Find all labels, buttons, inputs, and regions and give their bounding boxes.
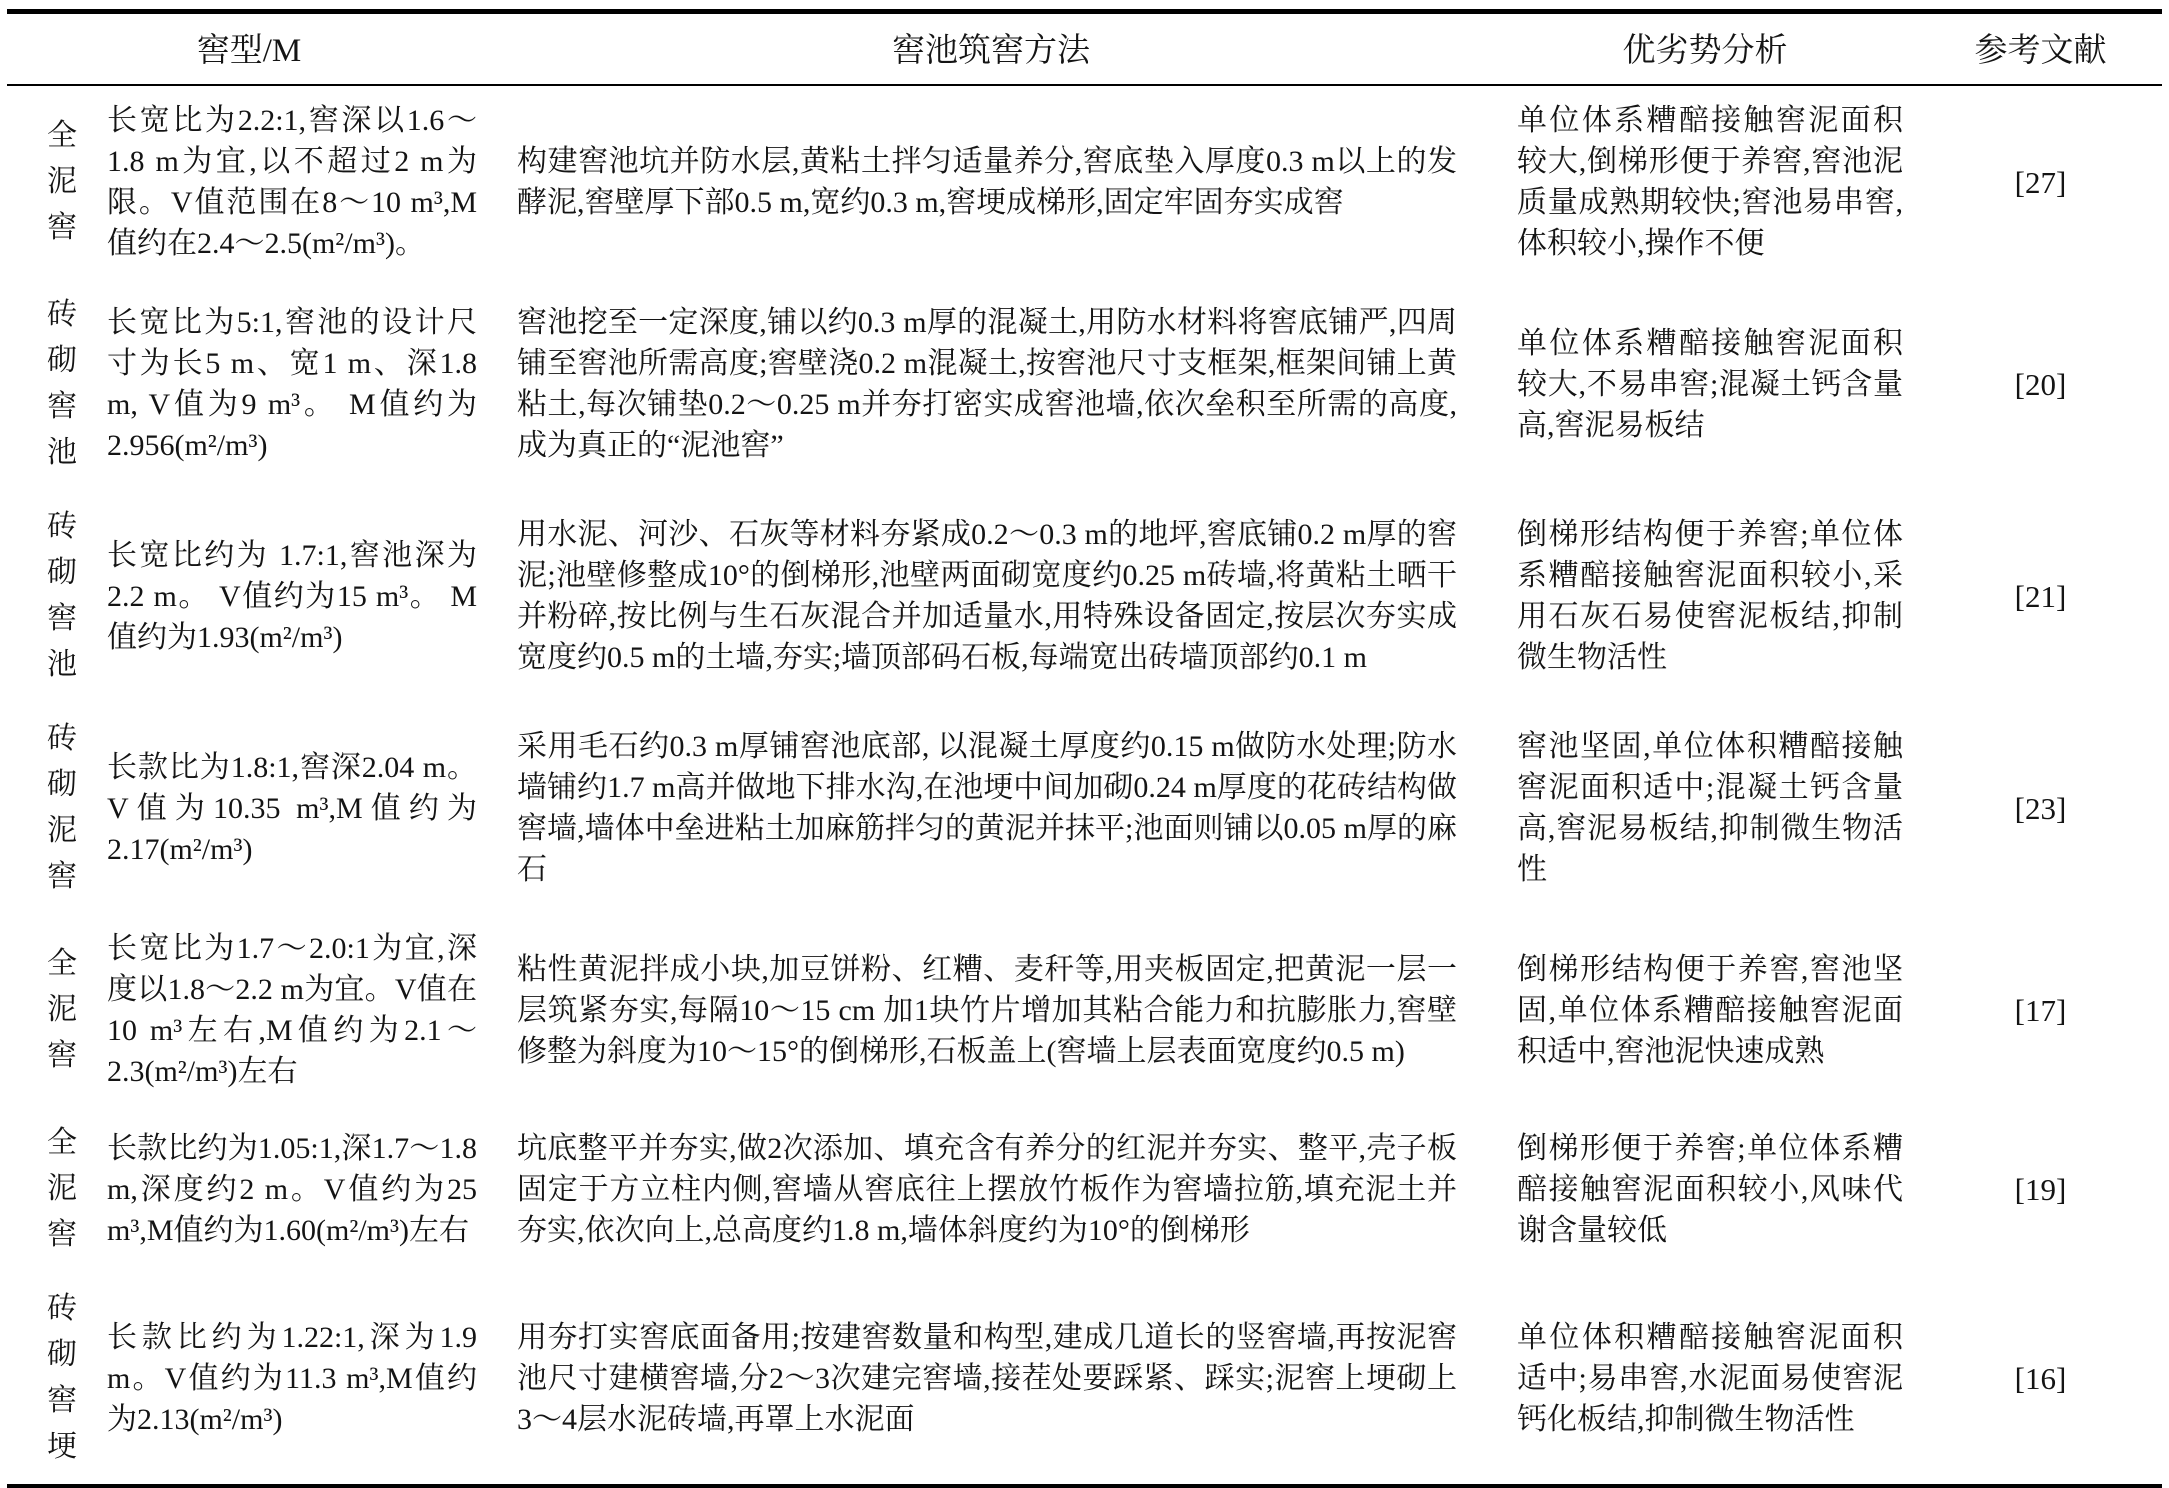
reference-citation: [20] [1919, 278, 2162, 490]
pit-type-cell: 砖砌窖埂 [7, 1272, 99, 1486]
pit-spec: 长款比为1.8:1,窖深2.04 m。V值为10.35 m³,M值约为2.17(… [99, 702, 491, 914]
table-row: 全泥窖 长款比约为1.05:1,深1.7～1.8 m,深度约2 m。V值约为25… [7, 1106, 2162, 1272]
analysis-text: 倒梯形便于养窖;单位体系糟醅接触窖泥面积较小,风味代谢含量较低 [1491, 1106, 1919, 1272]
analysis-text: 倒梯形结构便于养窖;单位体系糟醅接触窖泥面积较小,采用石灰石易使窖泥板结,抑制微… [1491, 490, 1919, 702]
pit-type-label: 砖砌窖埂 [45, 1286, 79, 1470]
pit-type-label: 砖砌泥窖 [45, 716, 79, 900]
pit-type-label: 全泥窖 [45, 941, 79, 1079]
analysis-text: 单位体系糟醅接触窖泥面积较大,倒梯形便于养窖,窖池泥质量成熟期较快;窖池易串窖,… [1491, 85, 1919, 278]
pit-spec: 长款比约为1.22:1,深为1.9 m。V值约为11.3 m³,M值约为2.13… [99, 1272, 491, 1486]
pit-type-cell: 全泥窖 [7, 85, 99, 278]
pit-type-label: 砖砌窖池 [45, 504, 79, 688]
pit-type-label: 砖砌窖池 [45, 292, 79, 476]
construction-method: 构建窖池坑并防水层,黄粘土拌匀适量养分,窖底垫入厚度0.3 m以上的发酵泥,窖壁… [491, 85, 1491, 278]
pit-spec: 长宽比为2.2:1,窖深以1.6～1.8 m为宜,以不超过2 m为限。V值范围在… [99, 85, 491, 278]
paper-page: 窖型/M 窖池筑窖方法 优劣势分析 参考文献 全泥窖 长宽比为2.2:1,窖深以… [0, 0, 2169, 1488]
reference-citation: [27] [1919, 85, 2162, 278]
construction-method: 用夯打实窖底面备用;按建窖数量和构型,建成几道长的竖窖墙,再按泥窖池尺寸建横窖墙… [491, 1272, 1491, 1486]
column-header-construction-method: 窖池筑窖方法 [491, 12, 1491, 86]
analysis-text: 倒梯形结构便于养窖,窖池坚固,单位体系糟醅接触窖泥面积适中,窖池泥快速成熟 [1491, 914, 1919, 1106]
construction-method: 用水泥、河沙、石灰等材料夯紧成0.2～0.3 m的地坪,窖底铺0.2 m厚的窖泥… [491, 490, 1491, 702]
construction-method: 采用毛石约0.3 m厚铺窖池底部, 以混凝土厚度约0.15 m做防水处理;防水墙… [491, 702, 1491, 914]
construction-method: 粘性黄泥拌成小块,加豆饼粉、红糟、麦秆等,用夹板固定,把黄泥一层一层筑紧夯实,每… [491, 914, 1491, 1106]
pit-type-cell: 砖砌窖池 [7, 278, 99, 490]
reference-citation: [23] [1919, 702, 2162, 914]
reference-citation: [19] [1919, 1106, 2162, 1272]
pit-type-cell: 全泥窖 [7, 1106, 99, 1272]
analysis-text: 单位体积糟醅接触窖泥面积适中;易串窖,水泥面易使窖泥钙化板结,抑制微生物活性 [1491, 1272, 1919, 1486]
column-header-pros-cons-analysis: 优劣势分析 [1491, 12, 1919, 86]
pit-type-cell: 砖砌泥窖 [7, 702, 99, 914]
pit-types-comparison-table: 窖型/M 窖池筑窖方法 优劣势分析 参考文献 全泥窖 长宽比为2.2:1,窖深以… [7, 9, 2162, 1488]
column-header-pit-type-m: 窖型/M [7, 12, 491, 86]
analysis-text: 单位体系糟醅接触窖泥面积较大,不易串窖;混凝土钙含量高,窖泥易板结 [1491, 278, 1919, 490]
table-row: 砖砌窖埂 长款比约为1.22:1,深为1.9 m。V值约为11.3 m³,M值约… [7, 1272, 2162, 1486]
table-row: 全泥窖 长宽比为1.7～2.0:1为宜,深度以1.8～2.2 m为宜。V值在10… [7, 914, 2162, 1106]
pit-type-cell: 全泥窖 [7, 914, 99, 1106]
reference-citation: [17] [1919, 914, 2162, 1106]
pit-type-label: 全泥窖 [45, 1120, 79, 1258]
pit-spec: 长宽比为5:1,窖池的设计尺寸为长5 m、宽1 m、深1.8 m, V值为9 m… [99, 278, 491, 490]
analysis-text: 窖池坚固,单位体积糟醅接触窖泥面积适中;混凝土钙含量高,窖泥易板结,抑制微生物活… [1491, 702, 1919, 914]
pit-spec: 长款比约为1.05:1,深1.7～1.8 m,深度约2 m。V值约为25 m³,… [99, 1106, 491, 1272]
table-row: 砖砌泥窖 长款比为1.8:1,窖深2.04 m。V值为10.35 m³,M值约为… [7, 702, 2162, 914]
reference-citation: [16] [1919, 1272, 2162, 1486]
column-header-reference: 参考文献 [1919, 12, 2162, 86]
table-row: 全泥窖 长宽比为2.2:1,窖深以1.6～1.8 m为宜,以不超过2 m为限。V… [7, 85, 2162, 278]
pit-type-label: 全泥窖 [45, 113, 79, 251]
construction-method: 坑底整平并夯实,做2次添加、填充含有养分的红泥并夯实、整平,壳子板固定于方立柱内… [491, 1106, 1491, 1272]
pit-type-cell: 砖砌窖池 [7, 490, 99, 702]
table-row: 砖砌窖池 长宽比约为 1.7:1,窖池深为2.2 m。 V值约为15 m³。 M… [7, 490, 2162, 702]
pit-spec: 长宽比为1.7～2.0:1为宜,深度以1.8～2.2 m为宜。V值在10 m³左… [99, 914, 491, 1106]
construction-method: 窖池挖至一定深度,铺以约0.3 m厚的混凝土,用防水材料将窖底铺严,四周铺至窖池… [491, 278, 1491, 490]
reference-citation: [21] [1919, 490, 2162, 702]
pit-spec: 长宽比约为 1.7:1,窖池深为2.2 m。 V值约为15 m³。 M值约为1.… [99, 490, 491, 702]
table-header-row: 窖型/M 窖池筑窖方法 优劣势分析 参考文献 [7, 12, 2162, 86]
table-row: 砖砌窖池 长宽比为5:1,窖池的设计尺寸为长5 m、宽1 m、深1.8 m, V… [7, 278, 2162, 490]
